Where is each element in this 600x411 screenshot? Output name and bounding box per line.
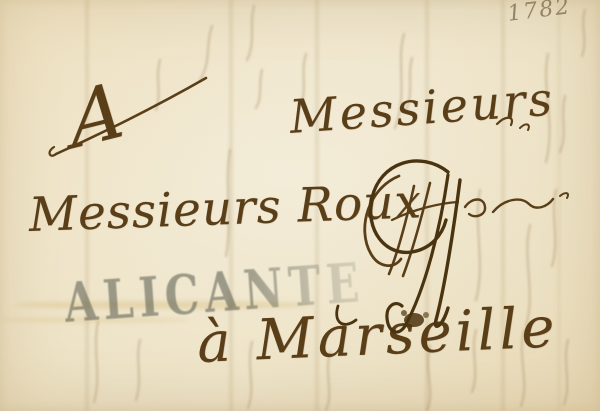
address-prefix-swash: [50, 78, 206, 156]
letter-cover-photo: ALICANTE 1782 A Messieurs Messieurs Roux…: [0, 0, 600, 411]
line1-tail-flourish: [497, 118, 529, 130]
handwritten-ink-flourishes: [0, 0, 600, 411]
ink-blot: [404, 313, 424, 327]
roux-suffix-flourish: [365, 176, 568, 276]
